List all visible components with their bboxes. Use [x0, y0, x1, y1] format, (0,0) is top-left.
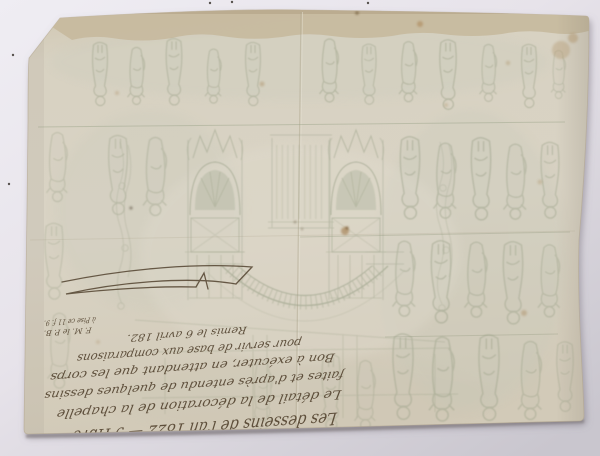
foxing-spot [552, 41, 570, 59]
foxing-spot [538, 180, 543, 185]
dust-speck [8, 183, 10, 185]
foxing-spot [521, 310, 527, 316]
foxing-spot [260, 82, 265, 87]
foxing-spot [568, 33, 578, 43]
foxing-spot [115, 91, 119, 95]
dust-speck [12, 54, 14, 56]
dust-speck [231, 1, 233, 3]
photograph-of-antique-drawing: Les desseins de l'an 1822 — 9 Hbre Le dé… [0, 0, 600, 456]
foxing-spot [506, 61, 510, 65]
photo-canvas: Les desseins de l'an 1822 — 9 Hbre Le dé… [0, 0, 600, 456]
foxing-spot [444, 103, 448, 107]
foxing-spot [130, 207, 133, 210]
foxing-spot [301, 228, 303, 230]
foxing-spot [346, 227, 349, 230]
dust-speck [209, 2, 211, 4]
foxing-spot [417, 21, 423, 27]
dust-speck [367, 2, 369, 4]
foxing-spot [294, 221, 296, 223]
foxing-spot [96, 340, 100, 344]
foxing-spot [355, 11, 359, 15]
